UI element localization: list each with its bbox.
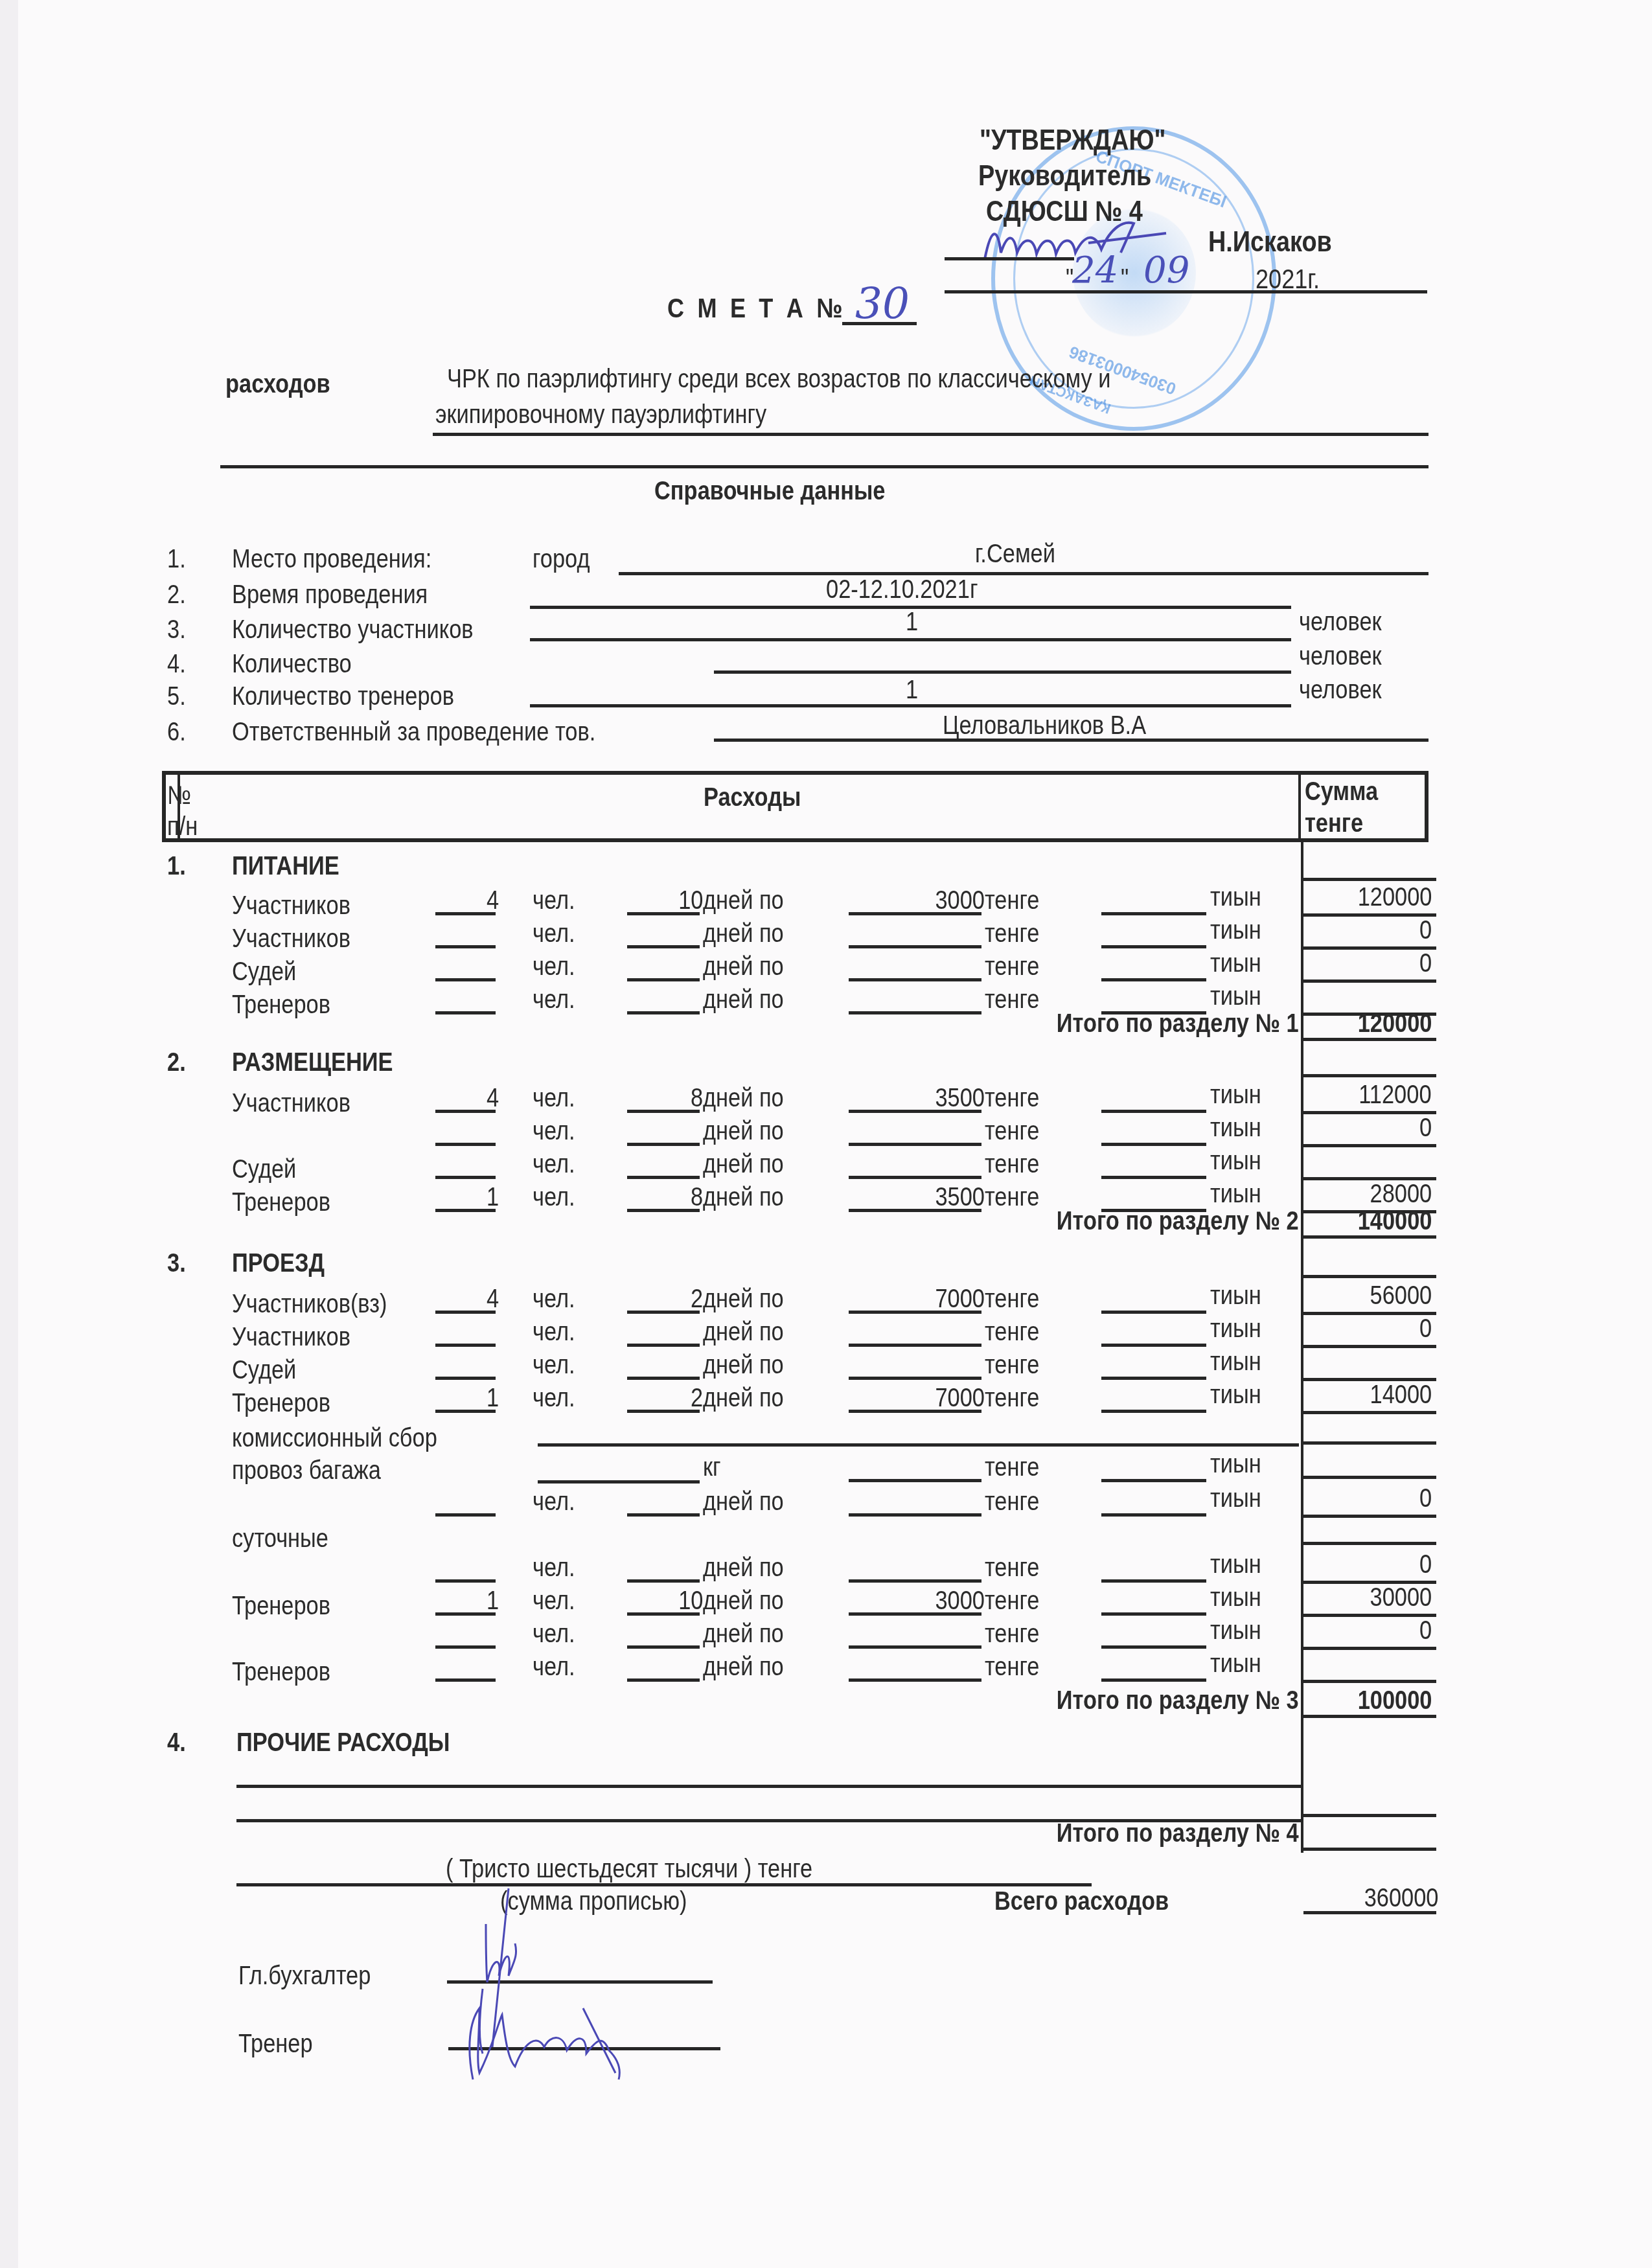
unit-people: чел.	[533, 1286, 575, 1312]
people-field-line	[435, 1344, 496, 1347]
tiyn-field-line	[1101, 945, 1206, 948]
unit-tiyn: тиын	[1210, 1148, 1261, 1174]
unit-days: дней по	[703, 1588, 784, 1614]
row-sum: 56000	[1370, 1283, 1432, 1309]
unit-tenge: тенге	[985, 987, 1039, 1013]
date-day: 24	[1072, 249, 1118, 292]
purpose-line2: экипировочному пауэрлифтингу	[435, 402, 766, 428]
item-label: Количество участников	[232, 617, 474, 643]
rate-field-line	[849, 1612, 981, 1616]
rate-value[interactable]: 3000	[935, 1588, 985, 1614]
row-label: Участников	[232, 1324, 350, 1350]
people-field-line	[435, 1377, 496, 1380]
item-label: Количество	[232, 651, 352, 677]
tiyn-field-line	[1101, 1513, 1206, 1517]
people-field-line	[435, 1645, 496, 1649]
unit-people: чел.	[533, 1118, 575, 1144]
unit-tiyn: тиын	[1210, 1552, 1261, 1577]
sum-cell-line	[1303, 979, 1436, 983]
sum-cell-line	[1303, 913, 1436, 917]
grand-total-value: 360000	[1364, 1885, 1438, 1911]
days-field-line	[627, 912, 700, 915]
unit-days: дней по	[703, 1151, 784, 1177]
row-label: Тренеров	[232, 1189, 330, 1215]
section-number: 3.	[167, 1250, 186, 1276]
purpose-underline	[433, 433, 1428, 436]
unit-tiyn: тиын	[1210, 950, 1261, 976]
tiyn-field-line	[1101, 1311, 1206, 1314]
section-total-label: Итого по разделу № 3	[1057, 1688, 1299, 1713]
field-line	[714, 670, 1291, 674]
unit-tiyn: тиын	[1210, 1382, 1261, 1408]
rate-value[interactable]: 3500	[935, 1085, 985, 1111]
rate-value[interactable]: 3000	[935, 888, 985, 913]
grand-total-label: Всего расходов	[994, 1888, 1169, 1914]
days-field-line	[627, 1612, 700, 1616]
people-field-line	[435, 1410, 496, 1413]
section-total-label: Итого по разделу № 2	[1057, 1208, 1299, 1234]
unit-tenge: тенге	[985, 1286, 1039, 1312]
days-field-line	[627, 1011, 700, 1014]
people-field-line	[435, 978, 496, 981]
field-line	[530, 704, 1291, 707]
rate-value[interactable]: 3500	[935, 1184, 985, 1210]
rate-field-line	[849, 945, 981, 948]
row-sum: 0	[1419, 917, 1432, 943]
section-total-label: Итого по разделу № 1	[1057, 1011, 1299, 1037]
unit-tiyn: тиын	[1210, 1451, 1261, 1477]
row-label: Участников	[232, 926, 350, 952]
tiyn-field-line	[1101, 1678, 1206, 1682]
days-field-line	[627, 978, 700, 981]
amount-in-words: ( Тристо шестьдесят тысячи ) тенге	[446, 1856, 812, 1882]
tiyn-field-line	[1101, 1110, 1206, 1113]
row-sum: 14000	[1370, 1382, 1432, 1408]
unit-days: дней по	[703, 1184, 784, 1210]
unit-days: дней по	[703, 1286, 784, 1312]
section-total-value: 100000	[1357, 1688, 1432, 1713]
unit-people: чел.	[533, 954, 575, 979]
participants-value[interactable]: 1	[906, 609, 918, 635]
unit-days: дней по	[703, 1489, 784, 1515]
unit-people: чел.	[533, 987, 575, 1013]
rate-value[interactable]: 7000	[935, 1385, 985, 1411]
approver-name: Н.Искаков	[1208, 228, 1332, 257]
unit-tenge: тенге	[985, 1184, 1039, 1210]
purpose-label: расходов	[225, 371, 330, 397]
people-count[interactable]: 4	[487, 888, 499, 913]
days-field-line	[627, 1110, 700, 1113]
tiyn-field-line	[1101, 1579, 1206, 1583]
sum-cell-line	[1303, 1848, 1436, 1851]
unit-people: чел.	[533, 1385, 575, 1411]
unit-people: чел.	[533, 1588, 575, 1614]
unit-days: дней по	[703, 1085, 784, 1111]
row-sum: 0	[1419, 1618, 1432, 1644]
unit-people: чел.	[533, 1151, 575, 1177]
section-total-label: Итого по разделу № 4	[1057, 1820, 1299, 1846]
people-field-line	[435, 1612, 496, 1616]
unit-days: дней по	[703, 1352, 784, 1378]
responsible-value[interactable]: Целовальников В.А	[943, 713, 1146, 739]
sum-cell-line	[1303, 1614, 1436, 1617]
unit-tenge: тенге	[985, 1654, 1039, 1680]
days-count[interactable]: 2	[691, 1385, 703, 1411]
commission-label: комиссионный сбор	[232, 1425, 437, 1451]
rate-field-line	[849, 1513, 981, 1517]
people-count[interactable]: 4	[487, 1085, 499, 1111]
tiyn-field-line	[1101, 1344, 1206, 1347]
rate-field-line	[849, 1377, 981, 1380]
row-sum: 0	[1419, 1485, 1432, 1511]
unit-tiyn: тиын	[1210, 1651, 1261, 1677]
people-field-line	[435, 1678, 496, 1682]
coaches-value[interactable]: 1	[906, 677, 918, 703]
unit-tiyn: тиын	[1210, 1115, 1261, 1141]
unit-tenge: тенге	[985, 954, 1039, 979]
days-count[interactable]: 8	[691, 1184, 703, 1210]
rate-field-line	[849, 1410, 981, 1413]
sum-cell-line	[1303, 1345, 1436, 1348]
table-header: № п/н Расходы Сумма тенге	[162, 771, 1428, 842]
rate-field-line	[849, 1143, 981, 1146]
people-field-line	[435, 1579, 496, 1583]
section-title: РАЗМЕЩЕНИЕ	[232, 1049, 393, 1075]
unit-tiyn: тиын	[1210, 1485, 1261, 1511]
rate-field-line	[849, 1176, 981, 1179]
row-label: Тренеров	[232, 1659, 330, 1685]
accountant-label: Гл.бухгалтер	[238, 1963, 371, 1989]
unit-tiyn: тиын	[1210, 1618, 1261, 1644]
rate-field-line	[849, 978, 981, 981]
date-month: 09	[1143, 249, 1189, 292]
estimate-number: 30	[855, 279, 910, 328]
signature-line	[945, 257, 1074, 260]
days-field-line	[627, 1645, 700, 1649]
tiyn-field-line	[1101, 1176, 1206, 1179]
row-label: Участников(вз)	[232, 1291, 387, 1317]
estimate-title: С М Е Т А №	[667, 295, 846, 322]
item-unit: человек	[1299, 677, 1382, 703]
tiyn-field-line	[1101, 1377, 1206, 1380]
days-field-line	[627, 945, 700, 948]
row-label: Судей	[232, 959, 296, 985]
scan-edge	[0, 0, 18, 2268]
section-title: ПРОЕЗД	[232, 1250, 325, 1276]
col-sum-header: тенге	[1305, 810, 1363, 836]
section-number: 4.	[167, 1730, 186, 1756]
rate-field-line	[849, 1479, 981, 1482]
unit-days: дней по	[703, 1319, 784, 1345]
people-count[interactable]: 1	[487, 1184, 499, 1210]
days-field-line	[627, 1410, 700, 1413]
sum-cell-line	[1303, 1411, 1436, 1414]
unit-tiyn: тиын	[1210, 983, 1261, 1009]
unit-people: чел.	[533, 1621, 575, 1647]
item-number: 3.	[167, 617, 186, 643]
days-count[interactable]: 10	[678, 1588, 703, 1614]
rate-field-line	[849, 1311, 981, 1314]
unit-tenge: тенге	[985, 1555, 1039, 1581]
days-field-line	[627, 1678, 700, 1682]
sum-cell-line	[1303, 1542, 1436, 1545]
unit-days: дней по	[703, 888, 784, 913]
item-label: Место проведения:	[232, 546, 431, 572]
sum-cell-line	[1303, 1275, 1436, 1278]
unit-people: чел.	[533, 1555, 575, 1581]
unit-tiyn: тиын	[1210, 1349, 1261, 1375]
sum-cell-line	[1303, 1111, 1436, 1114]
row-label: Участников	[232, 1090, 350, 1116]
days-count[interactable]: 8	[691, 1085, 703, 1111]
approve-heading: "УТВЕРЖДАЮ"	[980, 126, 1165, 155]
unit-days: дней по	[703, 954, 784, 979]
row-sum: 120000	[1357, 884, 1432, 910]
people-field-line	[435, 1209, 496, 1212]
unit-days: дней по	[703, 987, 784, 1013]
row-sum: 0	[1419, 950, 1432, 976]
tiyn-field-line	[1101, 1143, 1206, 1146]
unit-people: чел.	[533, 1085, 575, 1111]
divider	[1298, 775, 1301, 838]
people-field-line	[435, 1513, 496, 1517]
row-label: Судей	[232, 1156, 296, 1182]
row-sum: 112000	[1359, 1082, 1432, 1108]
unit-tenge: тенге	[985, 1454, 1039, 1480]
venue-value[interactable]: г.Семей	[975, 541, 1055, 567]
sum-cell-line	[1303, 1038, 1436, 1041]
tiyn-field-line	[1101, 1479, 1206, 1482]
reference-heading: Справочные данные	[654, 478, 885, 504]
sum-cell-line	[1303, 1515, 1436, 1518]
date-line	[945, 290, 1427, 293]
unit-days: дней по	[703, 1555, 784, 1581]
unit-people: чел.	[533, 1319, 575, 1345]
field-line	[619, 572, 1428, 575]
sum-cell-line	[1303, 1814, 1436, 1817]
people-field-line	[435, 1311, 496, 1314]
people-field-line	[435, 912, 496, 915]
approver-position: Руководитель	[978, 162, 1151, 190]
unit-days: дней по	[703, 1385, 784, 1411]
purpose-underline	[220, 465, 1428, 468]
tiyn-field-line	[1101, 1612, 1206, 1616]
tiyn-field-line	[1101, 978, 1206, 981]
days-field-line	[627, 1311, 700, 1314]
purpose-line1: ЧРК по паэрлифтингу среди всех возрастов…	[447, 366, 1111, 392]
date-quote: "	[1121, 266, 1129, 292]
people-field-line	[435, 1143, 496, 1146]
people-field-line	[435, 945, 496, 948]
row-sum: 30000	[1370, 1585, 1432, 1610]
days-field-line	[627, 1143, 700, 1146]
people-count[interactable]: 1	[487, 1588, 499, 1614]
unit-days: дней по	[703, 1654, 784, 1680]
sum-cell-line	[1303, 1235, 1436, 1239]
sum-cell-line	[1303, 1647, 1436, 1650]
people-field-line	[435, 1011, 496, 1014]
unit-people: чел.	[533, 1352, 575, 1378]
item-number: 6.	[167, 719, 186, 745]
rate-field-line	[849, 1209, 981, 1212]
unit-people: чел.	[533, 1654, 575, 1680]
people-count[interactable]: 1	[487, 1385, 499, 1411]
col-sum-header: Сумма	[1305, 779, 1378, 805]
unit-tenge: тенге	[985, 1352, 1039, 1378]
row-sum: 28000	[1370, 1181, 1432, 1207]
unit-tiyn: тиын	[1210, 1082, 1261, 1108]
days-count[interactable]: 10	[678, 888, 703, 913]
item-number: 1.	[167, 546, 186, 572]
days-field-line	[627, 1377, 700, 1380]
days-field-line	[627, 1209, 700, 1212]
baggage-field-line	[538, 1480, 700, 1483]
unit-tenge: тенге	[985, 1319, 1039, 1345]
row-label: Тренеров	[232, 1390, 330, 1416]
rate-field-line	[849, 1678, 981, 1682]
unit-kg: кг	[703, 1454, 721, 1480]
unit-days: дней по	[703, 1118, 784, 1144]
section-title: ПРОЧИЕ РАСХОДЫ	[236, 1730, 450, 1756]
item-number: 5.	[167, 683, 186, 709]
rate-value[interactable]: 7000	[935, 1286, 985, 1312]
col-num-header: №	[167, 783, 191, 808]
item-label: Время проведения	[232, 582, 428, 608]
days-count[interactable]: 2	[691, 1286, 703, 1312]
unit-tenge: тенге	[985, 1085, 1039, 1111]
item-unit: человек	[1299, 643, 1382, 669]
section-title: ПИТАНИЕ	[232, 853, 339, 879]
rate-field-line	[849, 1110, 981, 1113]
col-num-header: п/н	[167, 814, 198, 840]
unit-people: чел.	[533, 921, 575, 946]
tiyn-field-line	[1101, 912, 1206, 915]
item-sublabel: город	[533, 546, 590, 572]
coach-signature	[453, 1995, 661, 2089]
days-field-line	[627, 1176, 700, 1179]
item-unit: человек	[1299, 609, 1382, 635]
unit-tiyn: тиын	[1210, 884, 1261, 910]
unit-tenge: тенге	[985, 1385, 1039, 1411]
unit-tiyn: тиын	[1210, 1283, 1261, 1309]
estimate-number-line	[842, 322, 917, 325]
people-field-line	[435, 1176, 496, 1179]
col-expenses-header: Расходы	[704, 785, 801, 810]
field-line	[530, 638, 1291, 641]
tiyn-field-line	[1101, 1645, 1206, 1649]
date-year: 2021г.	[1256, 266, 1320, 293]
dates-value[interactable]: 02-12.10.2021г	[826, 577, 978, 602]
row-sum: 0	[1419, 1316, 1432, 1342]
unit-people: чел.	[533, 888, 575, 913]
unit-tenge: тенге	[985, 1151, 1039, 1177]
section-total-value: 120000	[1357, 1011, 1432, 1037]
sum-cell-line	[1303, 878, 1436, 881]
grand-total-line	[1303, 1911, 1436, 1914]
row-label: Тренеров	[232, 992, 330, 1018]
unit-tenge: тенге	[985, 1118, 1039, 1144]
people-count[interactable]: 4	[487, 1286, 499, 1312]
row-label: Тренеров	[232, 1593, 330, 1619]
per-diem-label: суточные	[232, 1526, 328, 1552]
section-total-value: 140000	[1357, 1208, 1432, 1234]
sum-cell-line	[1303, 1476, 1436, 1479]
item-number: 2.	[167, 582, 186, 608]
unit-tiyn: тиын	[1210, 1181, 1261, 1207]
other-expenses-line	[236, 1785, 1302, 1788]
baggage-label: провоз багажа	[232, 1458, 381, 1483]
row-label: Участников	[232, 893, 350, 919]
row-sum: 0	[1419, 1552, 1432, 1577]
item-label: Количество тренеров	[232, 683, 454, 709]
unit-people: чел.	[533, 1489, 575, 1515]
rate-field-line	[849, 912, 981, 915]
days-field-line	[627, 1344, 700, 1347]
sum-cell-line	[1303, 1441, 1436, 1445]
section-number: 2.	[167, 1049, 186, 1075]
section-number: 1.	[167, 853, 186, 879]
unit-tenge: тенге	[985, 1489, 1039, 1515]
sum-cell-line	[1303, 1680, 1436, 1683]
people-field-line	[435, 1110, 496, 1113]
rate-field-line	[849, 1344, 981, 1347]
amount-words-line	[236, 1883, 1092, 1886]
item-number: 4.	[167, 651, 186, 677]
sum-cell-line	[1303, 1144, 1436, 1147]
unit-days: дней по	[703, 921, 784, 946]
days-field-line	[627, 1579, 700, 1583]
unit-tenge: тенге	[985, 921, 1039, 946]
rate-field-line	[849, 1011, 981, 1014]
rate-field-line	[849, 1645, 981, 1649]
unit-tenge: тенге	[985, 1621, 1039, 1647]
commission-field-line	[538, 1443, 1299, 1447]
unit-tiyn: тиын	[1210, 1316, 1261, 1342]
sum-cell-line	[1303, 1074, 1436, 1077]
row-sum: 0	[1419, 1115, 1432, 1141]
unit-days: дней по	[703, 1621, 784, 1647]
item-label: Ответственный за проведение тов.	[232, 719, 595, 745]
sum-cell-line	[1303, 1715, 1436, 1718]
days-field-line	[627, 1513, 700, 1517]
sum-cell-line	[1303, 946, 1436, 950]
coach-label: Тренер	[238, 2031, 313, 2057]
rate-field-line	[849, 1579, 981, 1583]
unit-people: чел.	[533, 1184, 575, 1210]
unit-tiyn: тиын	[1210, 917, 1261, 943]
field-line	[714, 739, 1428, 742]
row-label: Судей	[232, 1357, 296, 1383]
unit-tenge: тенге	[985, 888, 1039, 913]
unit-tenge: тенге	[985, 1588, 1039, 1614]
sum-cell-line	[1303, 1312, 1436, 1315]
tiyn-field-line	[1101, 1410, 1206, 1413]
unit-tiyn: тиын	[1210, 1585, 1261, 1610]
